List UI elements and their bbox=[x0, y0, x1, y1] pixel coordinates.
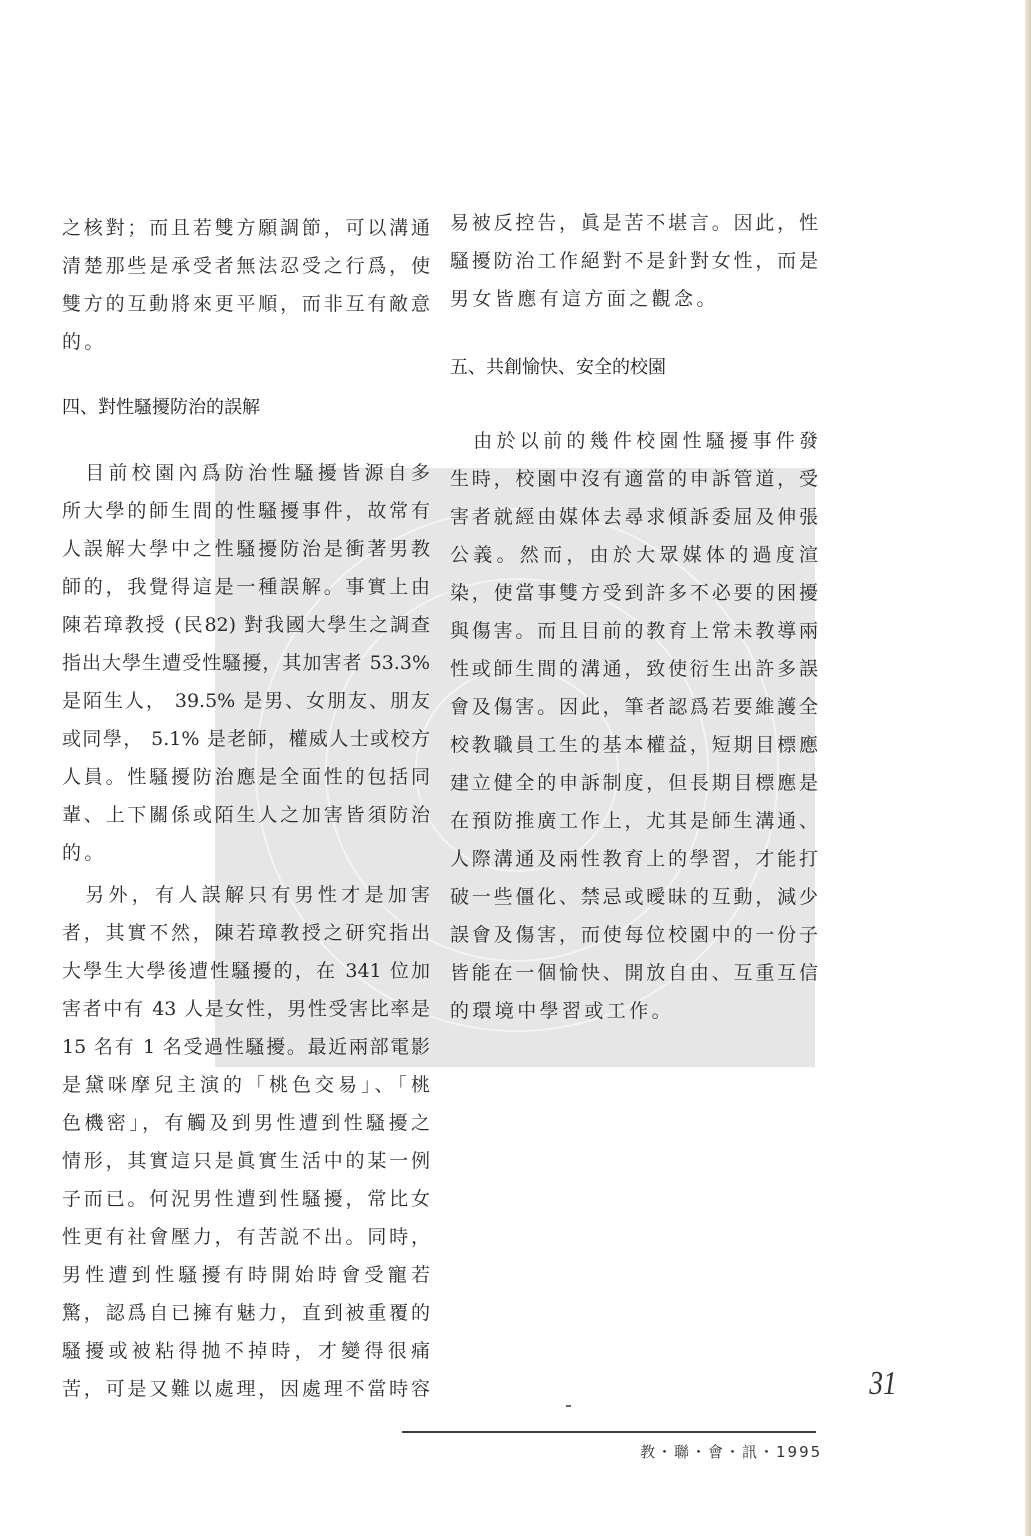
text-line: 害者中有 43 人是女性，男性受害比率是 bbox=[62, 991, 430, 1027]
text-line: 性或師生間的溝通，致使衍生出許多誤 bbox=[450, 651, 818, 687]
text-line: 陳若璋教授 (民82) 對我國大學生之調查 bbox=[62, 607, 430, 643]
text-line: 驚，認爲自已擁有魅力，直到被重覆的 bbox=[62, 1295, 430, 1331]
text-line: 是黛咪摩兒主演的「桃色交易」、「桃 bbox=[62, 1067, 430, 1103]
text-line: 的環境中學習或工作。 bbox=[450, 993, 818, 1029]
text-line: 與傷害。而且目前的教育上常未教導兩 bbox=[450, 613, 818, 649]
text-line: 人誤解大學中之性騷擾防治是衝著男教 bbox=[62, 531, 430, 567]
text-line: 易被反控告，眞是苦不堪言。因此，性 bbox=[450, 205, 818, 241]
text-line: 人員。性騷擾防治應是全面性的包括同 bbox=[62, 759, 430, 795]
text-line: 會及傷害。因此，筆者認爲若要維護全 bbox=[450, 689, 818, 725]
text-line: 染，使當事雙方受到許多不必要的困擾 bbox=[450, 575, 818, 611]
text-line: 騷擾防治工作絕對不是針對女性，而是 bbox=[450, 243, 818, 279]
page-edge bbox=[1025, 0, 1031, 1536]
text-line: 男女皆應有這方面之觀念。 bbox=[450, 281, 818, 317]
text-line: 指出大學生遭受性騷擾，其加害者 53.3% bbox=[62, 645, 430, 681]
text-line: 破一些僵化、禁忌或曖昧的互動，減少 bbox=[450, 879, 818, 915]
text-line: 大學生大學後遭性騷擾的，在 341 位加 bbox=[62, 953, 430, 989]
text-line: 輩、上下關係或陌生人之加害皆須防治 bbox=[62, 797, 430, 833]
text-line: 在預防推廣工作上，尤其是師生溝通、 bbox=[450, 803, 818, 839]
text-line: 15 名有 1 名受過性騷擾。最近兩部電影 bbox=[62, 1029, 430, 1065]
text-line: 情形，其實這只是眞實生活中的某一例 bbox=[62, 1143, 430, 1179]
text-line: 另外，有人誤解只有男性才是加害 bbox=[62, 877, 430, 913]
text-line: 之核對；而且若雙方願調節，可以溝通 bbox=[62, 210, 430, 246]
text-line: 師的，我覺得這是一種誤解。事實上由 bbox=[62, 569, 430, 605]
text-line: 是陌生人， 39.5% 是男、女朋友、朋友 bbox=[62, 683, 430, 719]
footer-rule bbox=[402, 1431, 816, 1433]
text-line: 害者就經由媒体去尋求傾訴委屈及伸張 bbox=[450, 499, 818, 535]
scan-speck bbox=[566, 1405, 571, 1407]
text-line: 者，其實不然，陳若璋教授之研究指出 bbox=[62, 915, 430, 951]
text-line: 生時，校園中沒有適當的申訴管道，受 bbox=[450, 461, 818, 497]
text-line: 的。 bbox=[62, 835, 430, 871]
section-heading-5: 五、共創愉快、安全的校園 bbox=[450, 350, 666, 386]
text-line: 的。 bbox=[62, 324, 430, 360]
text-line: 目前校園內爲防治性騷擾皆源自多 bbox=[62, 455, 430, 491]
page-number: 31 bbox=[869, 1365, 896, 1403]
text-line: 色機密」，有觸及到男性遭到性騷擾之 bbox=[62, 1105, 430, 1141]
text-line: 子而已。何況男性遭到性騷擾，常比女 bbox=[62, 1181, 430, 1217]
text-line: 校教職員工生的基本權益，短期目標應 bbox=[450, 727, 818, 763]
text-line: 或同學， 5.1% 是老師，權威人士或校方 bbox=[62, 721, 430, 757]
text-line: 人際溝通及兩性教育上的學習，才能打 bbox=[450, 841, 818, 877]
text-line: 由於以前的幾件校園性騷擾事件發 bbox=[450, 423, 818, 459]
text-line: 性更有社會壓力，有苦説不出。同時， bbox=[62, 1219, 430, 1255]
text-line: 雙方的互動將來更平順，而非互有敵意 bbox=[62, 286, 430, 322]
text-line: 苦，可是又難以處理，因處理不當時容 bbox=[62, 1371, 430, 1407]
text-line: 皆能在一個愉快、開放自由、互重互信 bbox=[450, 955, 818, 991]
text-line: 所大學的師生間的性騷擾事件，故常有 bbox=[62, 493, 430, 529]
section-heading-4: 四、對性騷擾防治的誤解 bbox=[62, 390, 260, 426]
footer-publication: 教・聯・會・訊・1995 bbox=[640, 1441, 822, 1462]
text-line: 騷擾或被粘得拋不掉時，才變得很痛 bbox=[62, 1333, 430, 1369]
text-line: 公義。然而，由於大眾媒体的過度渲 bbox=[450, 537, 818, 573]
text-line: 建立健全的申訴制度，但長期目標應是 bbox=[450, 765, 818, 801]
text-line: 男性遭到性騷擾有時開始時會受寵若 bbox=[62, 1257, 430, 1293]
text-line: 清楚那些是承受者無法忍受之行爲，使 bbox=[62, 248, 430, 284]
text-line: 誤會及傷害，而使每位校園中的一份子 bbox=[450, 917, 818, 953]
